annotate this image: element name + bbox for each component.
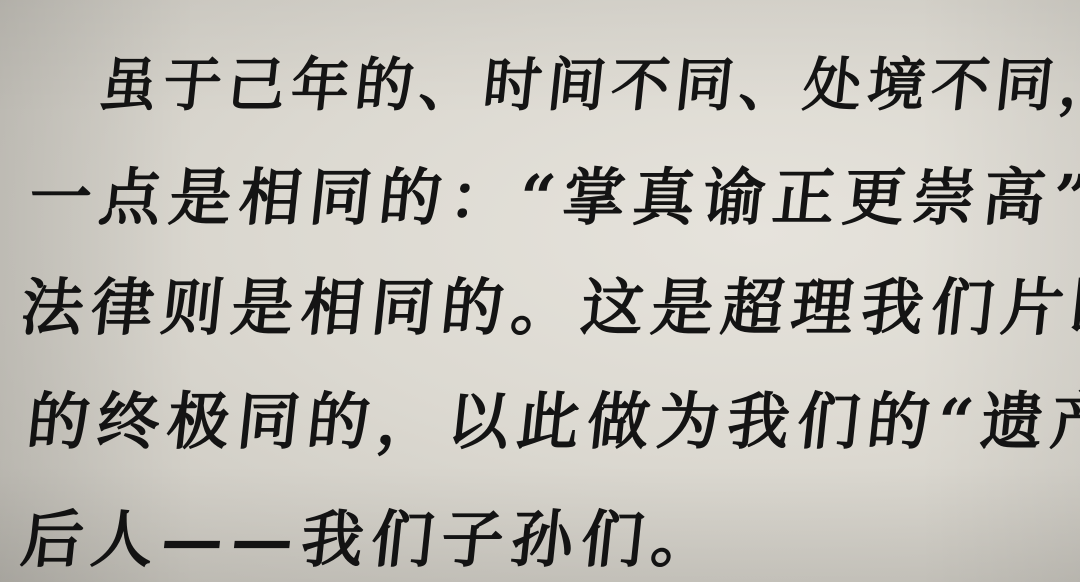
manuscript-line-3: 法律则是相同的。这是超理我们片断於零 [17, 258, 1080, 347]
manuscript-line-5: 后人——我们子孙们。 [17, 490, 726, 579]
manuscript-line-2: 一点是相同的：“掌真谕正更崇高”的 [25, 148, 1080, 237]
manuscript-line-1: 虽于己年的、时间不同、处境不同，但有 [96, 38, 1080, 122]
manuscript-page: 虽于己年的、时间不同、处境不同，但有 一点是相同的：“掌真谕正更崇高”的 法律则… [0, 0, 1080, 582]
manuscript-line-4: 的终极同的，以此做为我们的“遗产”留给 [23, 372, 1080, 461]
